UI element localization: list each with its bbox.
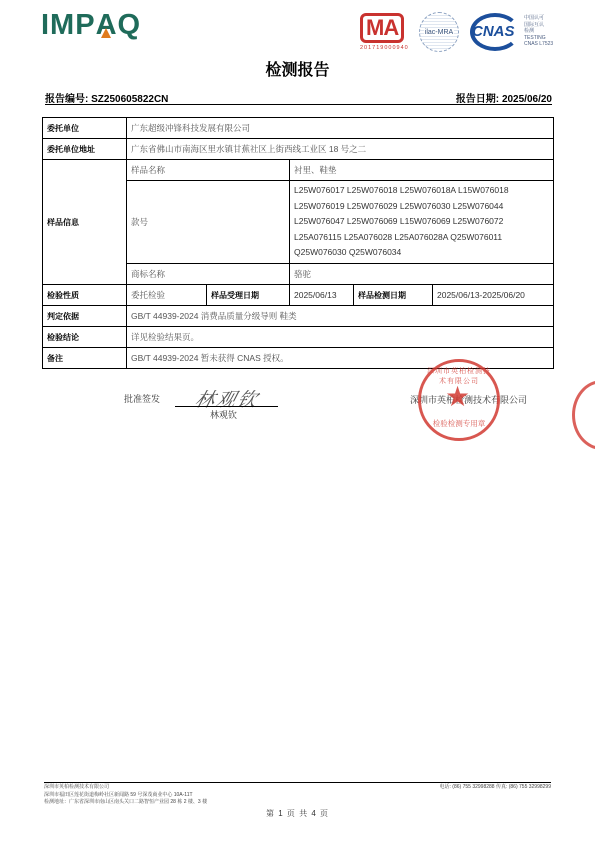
sample-name-label: 样品名称 [127, 160, 290, 181]
partial-seal [572, 380, 595, 450]
model-line: L25W076017 L25W076018 L25W076018A L15W07… [294, 183, 549, 199]
client-label: 委托单位 [43, 118, 127, 139]
ilac-mra-logo: ilac-MRA [419, 12, 459, 52]
model-line: L25A076115 L25A076028 L25A076028A Q25W07… [294, 230, 549, 246]
test-nature-value: 委托检验 [127, 285, 207, 306]
signature-line [175, 406, 278, 407]
table-row: 检验性质 委托检验 样品受理日期 2025/06/13 样品检测日期 2025/… [43, 285, 554, 306]
basis-value: GB/T 44939-2024 消费品质量分级导则 鞋类 [127, 306, 554, 327]
table-row: 委托单位 广东超级冲锋科技发展有限公司 [43, 118, 554, 139]
received-date-value: 2025/06/13 [290, 285, 354, 306]
report-info-table: 委托单位 广东超级冲锋科技发展有限公司 委托单位地址 广东省佛山市南海区里水镇甘… [42, 117, 554, 369]
table-row: 检验结论 详见检验结果页。 [43, 327, 554, 348]
brand-label: 商标名称 [127, 264, 290, 285]
report-number-label: 报告编号: [45, 94, 88, 105]
cma-mark: MA [360, 13, 404, 43]
cnas-logo: CNAS [470, 13, 520, 51]
test-date-label: 样品检测日期 [354, 285, 433, 306]
impaq-logo: IMPAQ [41, 10, 141, 40]
report-date-value: 2025/06/20 [502, 94, 552, 105]
approve-label: 批准签发 [124, 392, 160, 405]
conclusion-value: 详见检验结果页。 [127, 327, 554, 348]
address-label: 委托单位地址 [43, 139, 127, 160]
table-row: 委托单位地址 广东省佛山市南海区里水镇甘蕉社区上街西线工业区 18 号之二 [43, 139, 554, 160]
model-line: L25W076019 L25W076029 L25W076030 L25W076… [294, 199, 549, 215]
test-nature-label: 检验性质 [43, 285, 127, 306]
certification-logos: MA 201719000940 ilac-MRA CNAS 中国认可 国际互认 … [357, 10, 577, 56]
received-date-label: 样品受理日期 [207, 285, 290, 306]
report-number: 报告编号: SZ250605822CN [45, 90, 168, 105]
report-number-value: SZ250605822CN [91, 94, 168, 105]
logo-triangle-icon [101, 28, 111, 38]
footer: 深圳市英柏检测技术有限公司 深圳市福田区莲花街道梅岭社区新闻路 59 号深茂商业… [44, 782, 551, 807]
model-line: L25W076047 L25W076069 L15W076069 L25W076… [294, 214, 549, 230]
report-meta: 报告编号: SZ250605822CN 报告日期: 2025/06/20 [45, 90, 552, 105]
client-value: 广东超级冲锋科技发展有限公司 [127, 118, 554, 139]
sample-info-label: 样品信息 [43, 160, 127, 285]
cnas-side-text: 中国认可 国际互认 检测 TESTING CNAS L7523 [524, 15, 553, 48]
brand-value: 骆驼 [290, 264, 554, 285]
cnas-side-line: CNAS L7523 [524, 41, 553, 48]
footer-test-address: 检测地址：广东省深圳市南山区南头关口二路智恒产业园 28 栋 2 楼、3 楼 [44, 799, 551, 807]
seal-star-icon: ★ [445, 382, 470, 412]
signer-name: 林观钦 [210, 408, 237, 421]
page-indicator: 第 1 页 共 4 页 [0, 808, 595, 819]
seal-bottom-text: 检验检测专用章 [421, 418, 497, 429]
address-value: 广东省佛山市南海区里水镇甘蕉社区上街西线工业区 18 号之二 [127, 139, 554, 160]
cma-number: 201719000940 [360, 45, 422, 51]
report-date: 报告日期: 2025/06/20 [456, 90, 552, 105]
remark-label: 备注 [43, 348, 127, 369]
basis-label: 判定依据 [43, 306, 127, 327]
table-row: 判定依据 GB/T 44939-2024 消费品质量分级导则 鞋类 [43, 306, 554, 327]
logo-text: IMPAQ [41, 9, 141, 41]
conclusion-label: 检验结论 [43, 327, 127, 348]
model-values: L25W076017 L25W076018 L25W076018A L15W07… [290, 181, 554, 264]
cnas-text: CNAS [472, 23, 515, 40]
sample-name-value: 衬里、鞋垫 [290, 160, 554, 181]
page-title: 检测报告 [0, 57, 595, 80]
test-date-value: 2025/06/13-2025/06/20 [433, 285, 554, 306]
cma-logo: MA 201719000940 [360, 13, 422, 53]
official-seal: 深圳市英柏检测技术有限公司 ★ 检验检测专用章 [418, 359, 500, 441]
footer-address: 深圳市福田区莲花街道梅岭社区新闻路 59 号深茂商业中心 10A-11T [44, 792, 551, 800]
table-row: 样品信息 样品名称 衬里、鞋垫 [43, 160, 554, 181]
model-line: Q25W076030 Q25W076034 [294, 245, 549, 261]
ilac-text: ilac-MRA [424, 29, 454, 36]
model-label: 款号 [127, 181, 290, 264]
footer-contact: 电话: (86) 755 32998288 传真: (86) 755 32998… [440, 784, 551, 792]
report-date-label: 报告日期: [456, 94, 499, 105]
